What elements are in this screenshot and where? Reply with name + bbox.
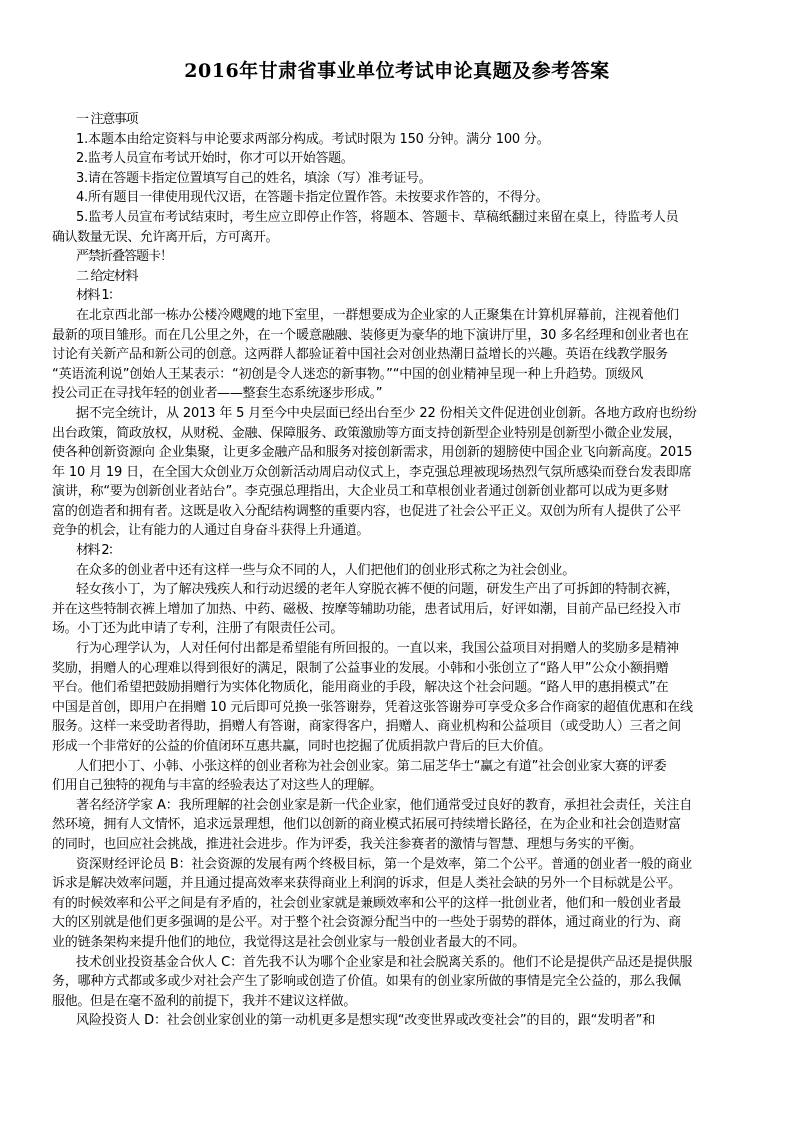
text-line: 竞争的机会，让有能力的人通过自身奋斗获得上升通道。: [52, 521, 742, 541]
text-line: 演讲，称“要为创新创业者站台”。李克强总理指出，大企业员工和草根创业者通过创新创…: [52, 482, 742, 502]
text-line: 人们把小丁、小韩、小张这样的创业者称为社会创业家。第二届芝华士“赢之有道”社会创…: [52, 757, 742, 777]
text-line: 在众多的创业者中还有这样一些与众不同的人，人们把他们的创业形式称之为社会创业。: [52, 561, 742, 581]
text-line: 有的时候效率和公平之间是有矛盾的，社会创业家就是兼顾效率和公平的这样一批创业者，…: [52, 894, 742, 914]
text-line: 严禁折叠答题卡！: [52, 247, 742, 267]
text-line: 材料 2：: [52, 541, 742, 561]
text-line: “英语流利说”创始人王某表示：“初创是令人迷恋的新事物。”“中国的创业精神呈现一…: [52, 365, 742, 385]
text-line: 年 10 月 19 日，在全国大众创业万众创新活动周启动仪式上，李克强总理被现场…: [52, 463, 742, 483]
text-line: 服务。这样一来受助者得助，捐赠人有答谢，商家得客户，捐赠人、商业机构和公益项目（…: [52, 717, 742, 737]
text-line: 务，哪种方式都或多或少对社会产生了影响或创造了价值。如果有的创业家所做的事情是完…: [52, 972, 742, 992]
text-line: 出台政策，简政放权，从财税、金融、保障服务、政策激励等方面支持创新型企业特别是创…: [52, 424, 742, 444]
text-line: 形成一个非常好的公益的价值闭环互惠共赢，同时也挖掘了优质捐款户背后的巨大价值。: [52, 737, 742, 757]
text-line: 然环境，拥有人文情怀，追求远景理想，他们以创新的商业模式拓展可持续增长路径，在为…: [52, 815, 742, 835]
text-line: 使各种创新资源向 企业集聚，让更多金融产品和服务对接创新需求，用创新的翅膀使中国…: [52, 443, 742, 463]
text-line: 据不完全统计，从 2013 年 5 月至今中央层面已经出台至少 22 份相关文件…: [52, 404, 742, 424]
text-line: 业的链条架构来提升他们的地位，我觉得这是社会创业家与一般创业者最大的不同。: [52, 933, 742, 953]
text-line: 服他。但是在毫不盈利的前提下，我并不建议这样做。: [52, 992, 742, 1012]
text-line: 平台。他们希望把鼓励捐赠行为实体化物质化，能用商业的手段，解决这个社会问题。“路…: [52, 678, 742, 698]
text-line: 大的区别就是他们更多强调的是公平。对于整个社会资源分配当中的一些处于弱势的群体，…: [52, 913, 742, 933]
text-line: 确认数量无误、允许离开后，方可离开。: [52, 228, 742, 248]
text-line: 奖励，捐赠人的心理难以得到很好的满足，限制了公益事业的发展。小韩和小张创立了“路…: [52, 659, 742, 679]
document-page: 2016年甘肃省事业单位考试申论真题及参考答案 一 注意事项1.本题本由给定资料…: [0, 0, 794, 1123]
text-line: 风险投资人 D：社会创业家创业的第一动机更多是想实现“改变世界或改变社会”的目的…: [52, 1011, 742, 1031]
text-line: 轻女孩小丁，为了解决残疾人和行动迟缓的老年人穿脱衣裤不便的问题，研发生产出了可拆…: [52, 580, 742, 600]
text-line: 诉求是解决效率问题，并且通过提高效率来获得商业上利润的诉求，但是人类社会缺的另外…: [52, 874, 742, 894]
document-body: 一 注意事项1.本题本由给定资料与申论要求两部分构成。考试时限为 150 分钟。…: [52, 110, 742, 1031]
text-line: 技术创业投资基金合伙人 C：首先我不认为哪个企业家是和社会脱离关系的。他们不论是…: [52, 953, 742, 973]
text-line: 5.监考人员宣布考试结束时，考生应立即停止作答，将题本、答题卡、草稿纸翻过来留在…: [52, 208, 742, 228]
text-line: 最新的项目雏形。而在几公里之外，在一个暖意融融、装修更为豪华的地下演讲厅里，30…: [52, 326, 742, 346]
text-line: 1.本题本由给定资料与申论要求两部分构成。考试时限为 150 分钟。满分 100…: [52, 130, 742, 150]
text-line: 材料 1：: [52, 286, 742, 306]
text-line: 并在这些特制衣裤上增加了加热、中药、磁极、按摩等辅助功能，患者试用后，好评如潮，…: [52, 600, 742, 620]
text-line: 的同时，也回应社会挑战，推进社会进步。作为评委，我关注参赛者的激情与智慧、理想与…: [52, 835, 742, 855]
text-line: 场。小丁还为此申请了专利，注册了有限责任公司。: [52, 619, 742, 639]
text-line: 3.请在答题卡指定位置填写自己的姓名，填涂（写）准考证号。: [52, 169, 742, 189]
text-line: 二 给定材料: [52, 267, 742, 287]
text-line: 著名经济学家 A：我所理解的社会创业家是新一代企业家，他们通常受过良好的教育，承…: [52, 796, 742, 816]
text-line: 2.监考人员宣布考试开始时，你才可以开始答题。: [52, 149, 742, 169]
text-line: 们用自己独特的视角与丰富的经验表达了对这些人的理解。: [52, 776, 742, 796]
text-line: 4.所有题目一律使用现代汉语，在答题卡指定位置作答。未按要求作答的，不得分。: [52, 188, 742, 208]
text-line: 富的创造者和拥有者。这既是收入分配结构调整的重要内容，也促进了社会公平正义。双创…: [52, 502, 742, 522]
text-line: 一 注意事项: [52, 110, 742, 130]
text-line: 在北京西北部一栋办公楼冷飕飕的地下室里，一群想要成为企业家的人正聚集在计算机屏幕…: [52, 306, 742, 326]
text-line: 讨论有关新产品和新公司的创意。这两群人都验证着中国社会对创业热潮日益增长的兴趣。…: [52, 345, 742, 365]
text-line: 行为心理学认为，人对任何付出都是希望能有所回报的。一直以来，我国公益项目对捐赠人…: [52, 639, 742, 659]
text-line: 中国是首创，即用户在捐赠 10 元后即可兑换一张答谢券，凭着这张答谢券可享受众多…: [52, 698, 742, 718]
text-line: 资深财经评论员 B：社会资源的发展有两个终极目标，第一个是效率，第二个公平。普通…: [52, 855, 742, 875]
document-title: 2016年甘肃省事业单位考试申论真题及参考答案: [0, 57, 794, 85]
text-line: 投公司正在寻找年轻的创业者——整套生态系统逐步形成。”: [52, 384, 742, 404]
